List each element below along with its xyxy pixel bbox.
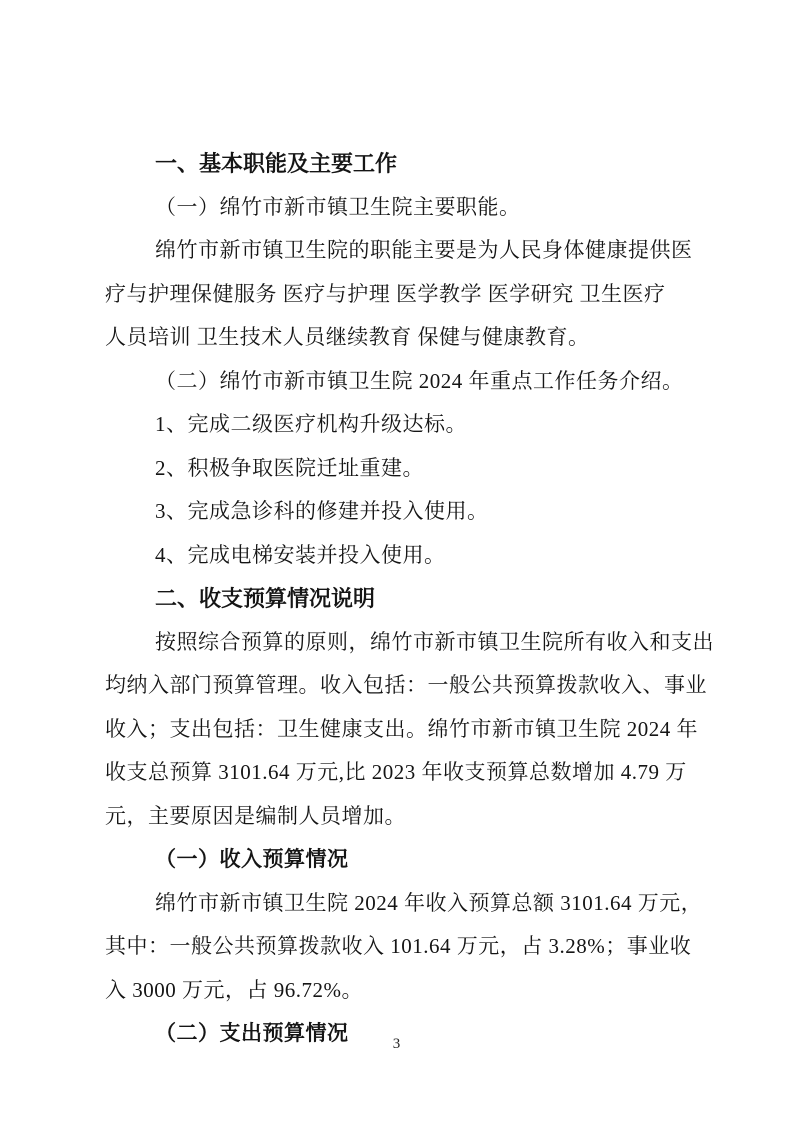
section2-para2-line3: 入 3000 万元，占 96.72%。	[105, 969, 697, 1013]
section2-para1-line2: 均纳入部门预算管理。收入包括：一般公共预算拨款收入、事业	[105, 664, 697, 708]
section1-sub1-heading: （一）绵竹市新市镇卫生院主要职能。	[105, 186, 697, 230]
section1-sub2-heading: （二）绵竹市新市镇卫生院 2024 年重点工作任务介绍。	[105, 360, 697, 404]
section1-para1-line1: 绵竹市新市镇卫生院的职能主要是为人民身体健康提供医	[105, 229, 697, 273]
section1-para1-line3: 人员培训 卫生技术人员继续教育 保健与健康教育。	[105, 316, 697, 360]
section1-item-3: 3、完成急诊科的修建并投入使用。	[105, 490, 697, 534]
section2-heading: 二、收支预算情况说明	[105, 577, 697, 621]
section2-para1-line1: 按照综合预算的原则，绵竹市新市镇卫生院所有收入和支出	[105, 621, 697, 665]
page-number: 3	[0, 1036, 793, 1053]
section2-para1-line5: 元，主要原因是编制人员增加。	[105, 795, 697, 839]
document-content: 一、基本职能及主要工作 （一）绵竹市新市镇卫生院主要职能。 绵竹市新市镇卫生院的…	[105, 142, 697, 1056]
section1-item-2: 2、积极争取医院迁址重建。	[105, 447, 697, 491]
section2-para2-line1: 绵竹市新市镇卫生院 2024 年收入预算总额 3101.64 万元，	[105, 882, 697, 926]
section1-item-1: 1、完成二级医疗机构升级达标。	[105, 403, 697, 447]
section1-para1-line2: 疗与护理保健服务 医疗与护理 医学教学 医学研究 卫生医疗	[105, 273, 697, 317]
section2-para1-line4: 收支总预算 3101.64 万元,比 2023 年收支预算总数增加 4.79 万	[105, 751, 697, 795]
section2-para1-line3: 收入；支出包括：卫生健康支出。绵竹市新市镇卫生院 2024 年	[105, 708, 697, 752]
document-page: 一、基本职能及主要工作 （一）绵竹市新市镇卫生院主要职能。 绵竹市新市镇卫生院的…	[0, 0, 793, 1122]
section1-item-4: 4、完成电梯安装并投入使用。	[105, 534, 697, 578]
section2-sub1-heading: （一）收入预算情况	[105, 838, 697, 882]
section2-para2-line2: 其中：一般公共预算拨款收入 101.64 万元，占 3.28%；事业收	[105, 925, 697, 969]
section1-heading: 一、基本职能及主要工作	[105, 142, 697, 186]
